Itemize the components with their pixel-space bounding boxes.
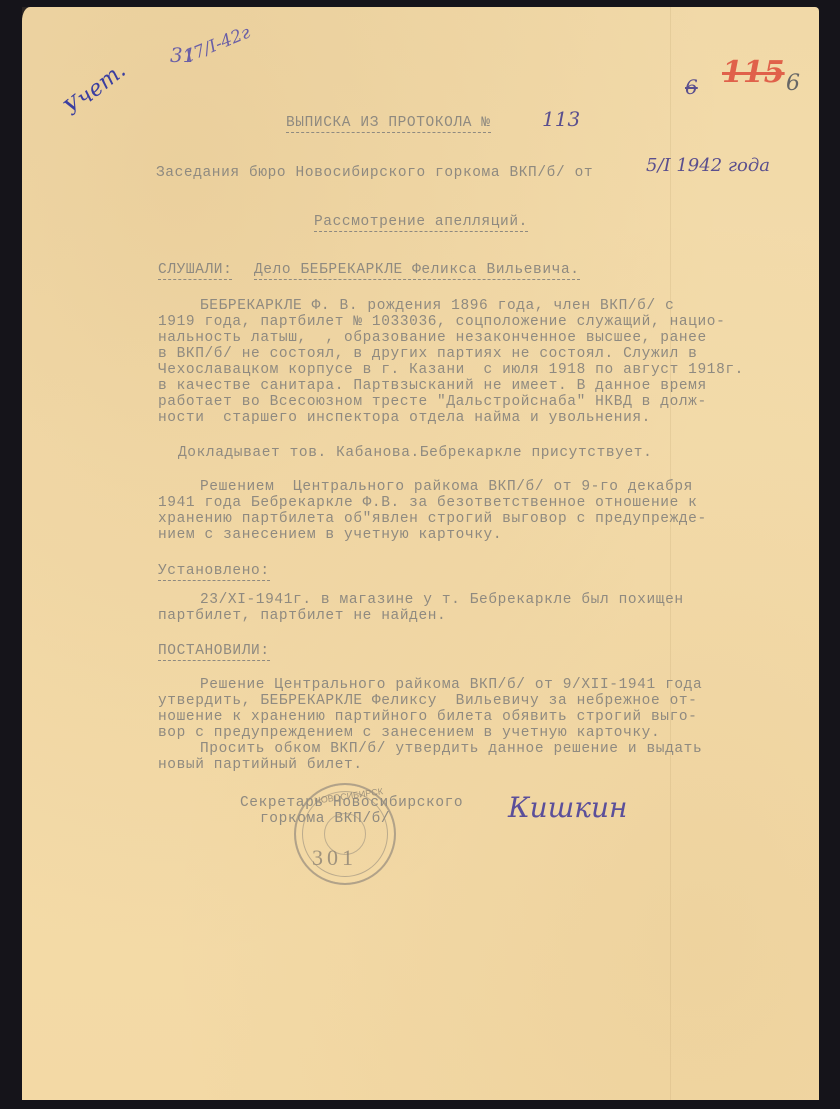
signatory-org: горкома ВКП/б/ [260, 811, 390, 827]
section-heading: Рассмотрение апелляций. [314, 214, 528, 230]
stamp-number: 301 [312, 845, 357, 871]
document-title: ВЫПИСКА ИЗ ПРОТОКОЛА № [286, 115, 491, 131]
bio-line: БЕБРЕКАРКЛЕ Ф. В. рождения 1896 года, чл… [200, 298, 674, 314]
signature: Кишкин [508, 791, 627, 824]
decision-line: хранению партбилета об"явлен строгий выг… [158, 511, 707, 527]
decision-line: 1941 года Бебрекаркле Ф.В. за безответст… [158, 495, 697, 511]
established-line: партбилет, партбилет не найден. [158, 608, 446, 624]
protocol-number: 113 [542, 107, 580, 131]
bio-line: в качестве санитара. Партвзысканий не им… [158, 378, 707, 394]
signatory-title: Секретарь Новосибирского [240, 795, 463, 811]
bio-line: ности старшего инспектора отдела найма и… [158, 410, 651, 426]
established-line: 23/XI-1941г. в магазине у т. Бебрекаркле… [200, 592, 684, 608]
resolution-line: новый партийный билет. [158, 757, 363, 773]
meeting-date: 5/I 1942 года [646, 155, 770, 176]
bio-line: 1919 года, партбилет № 1033036, соцполож… [158, 314, 725, 330]
resolved-label: ПОСТАНОВИЛИ: [158, 643, 270, 659]
bio-line: Чехославацком корпусе в г. Казани с июля… [158, 362, 744, 378]
sheet-number-new: 6 [786, 71, 800, 96]
established-label: Установлено: [158, 563, 270, 579]
resolution-line: ношение к хранению партийного билета обя… [158, 709, 697, 725]
margin-note: Учет. [60, 58, 131, 121]
decision-line: Решением Центрального райкома ВКП/б/ от … [200, 479, 693, 495]
ref-date: 17/I-42г [181, 23, 253, 68]
document-page: Учет. 31 17/I-42г 6 115 6 ВЫПИСКА ИЗ ПРО… [22, 7, 819, 1100]
decision-line: нием с занесением в учетную карточку. [158, 527, 502, 543]
sheet-number-old: 6 [685, 75, 698, 99]
bio-line: нальность латыш, , образование незаконче… [158, 330, 707, 346]
resolution-line: утвердить, БЕБРЕКАРКЛЕ Феликсу Вильевичу… [158, 693, 697, 709]
resolution-line: вор с предупреждением с занесением в уче… [158, 725, 660, 741]
report-line: Докладывает тов. Кабанова.Бебрекаркле пр… [178, 445, 652, 461]
sheet-number-red: 115 [722, 55, 785, 90]
heard-text: Дело БЕБРЕКАРКЛЕ Феликса Вильевича. [254, 262, 580, 278]
bio-line: работает во Всесоюзном тресте "Дальстрой… [158, 394, 707, 410]
resolution-line: Просить обком ВКП/б/ утвердить данное ре… [200, 741, 702, 757]
bio-line: в ВКП/б/ не состоял, в других партиях не… [158, 346, 697, 362]
heard-label: СЛУШАЛИ: [158, 262, 232, 278]
meeting-subtitle: Заседания бюро Новосибирского горкома ВК… [156, 165, 593, 181]
resolution-line: Решение Центрального райкома ВКП/б/ от 9… [200, 677, 702, 693]
